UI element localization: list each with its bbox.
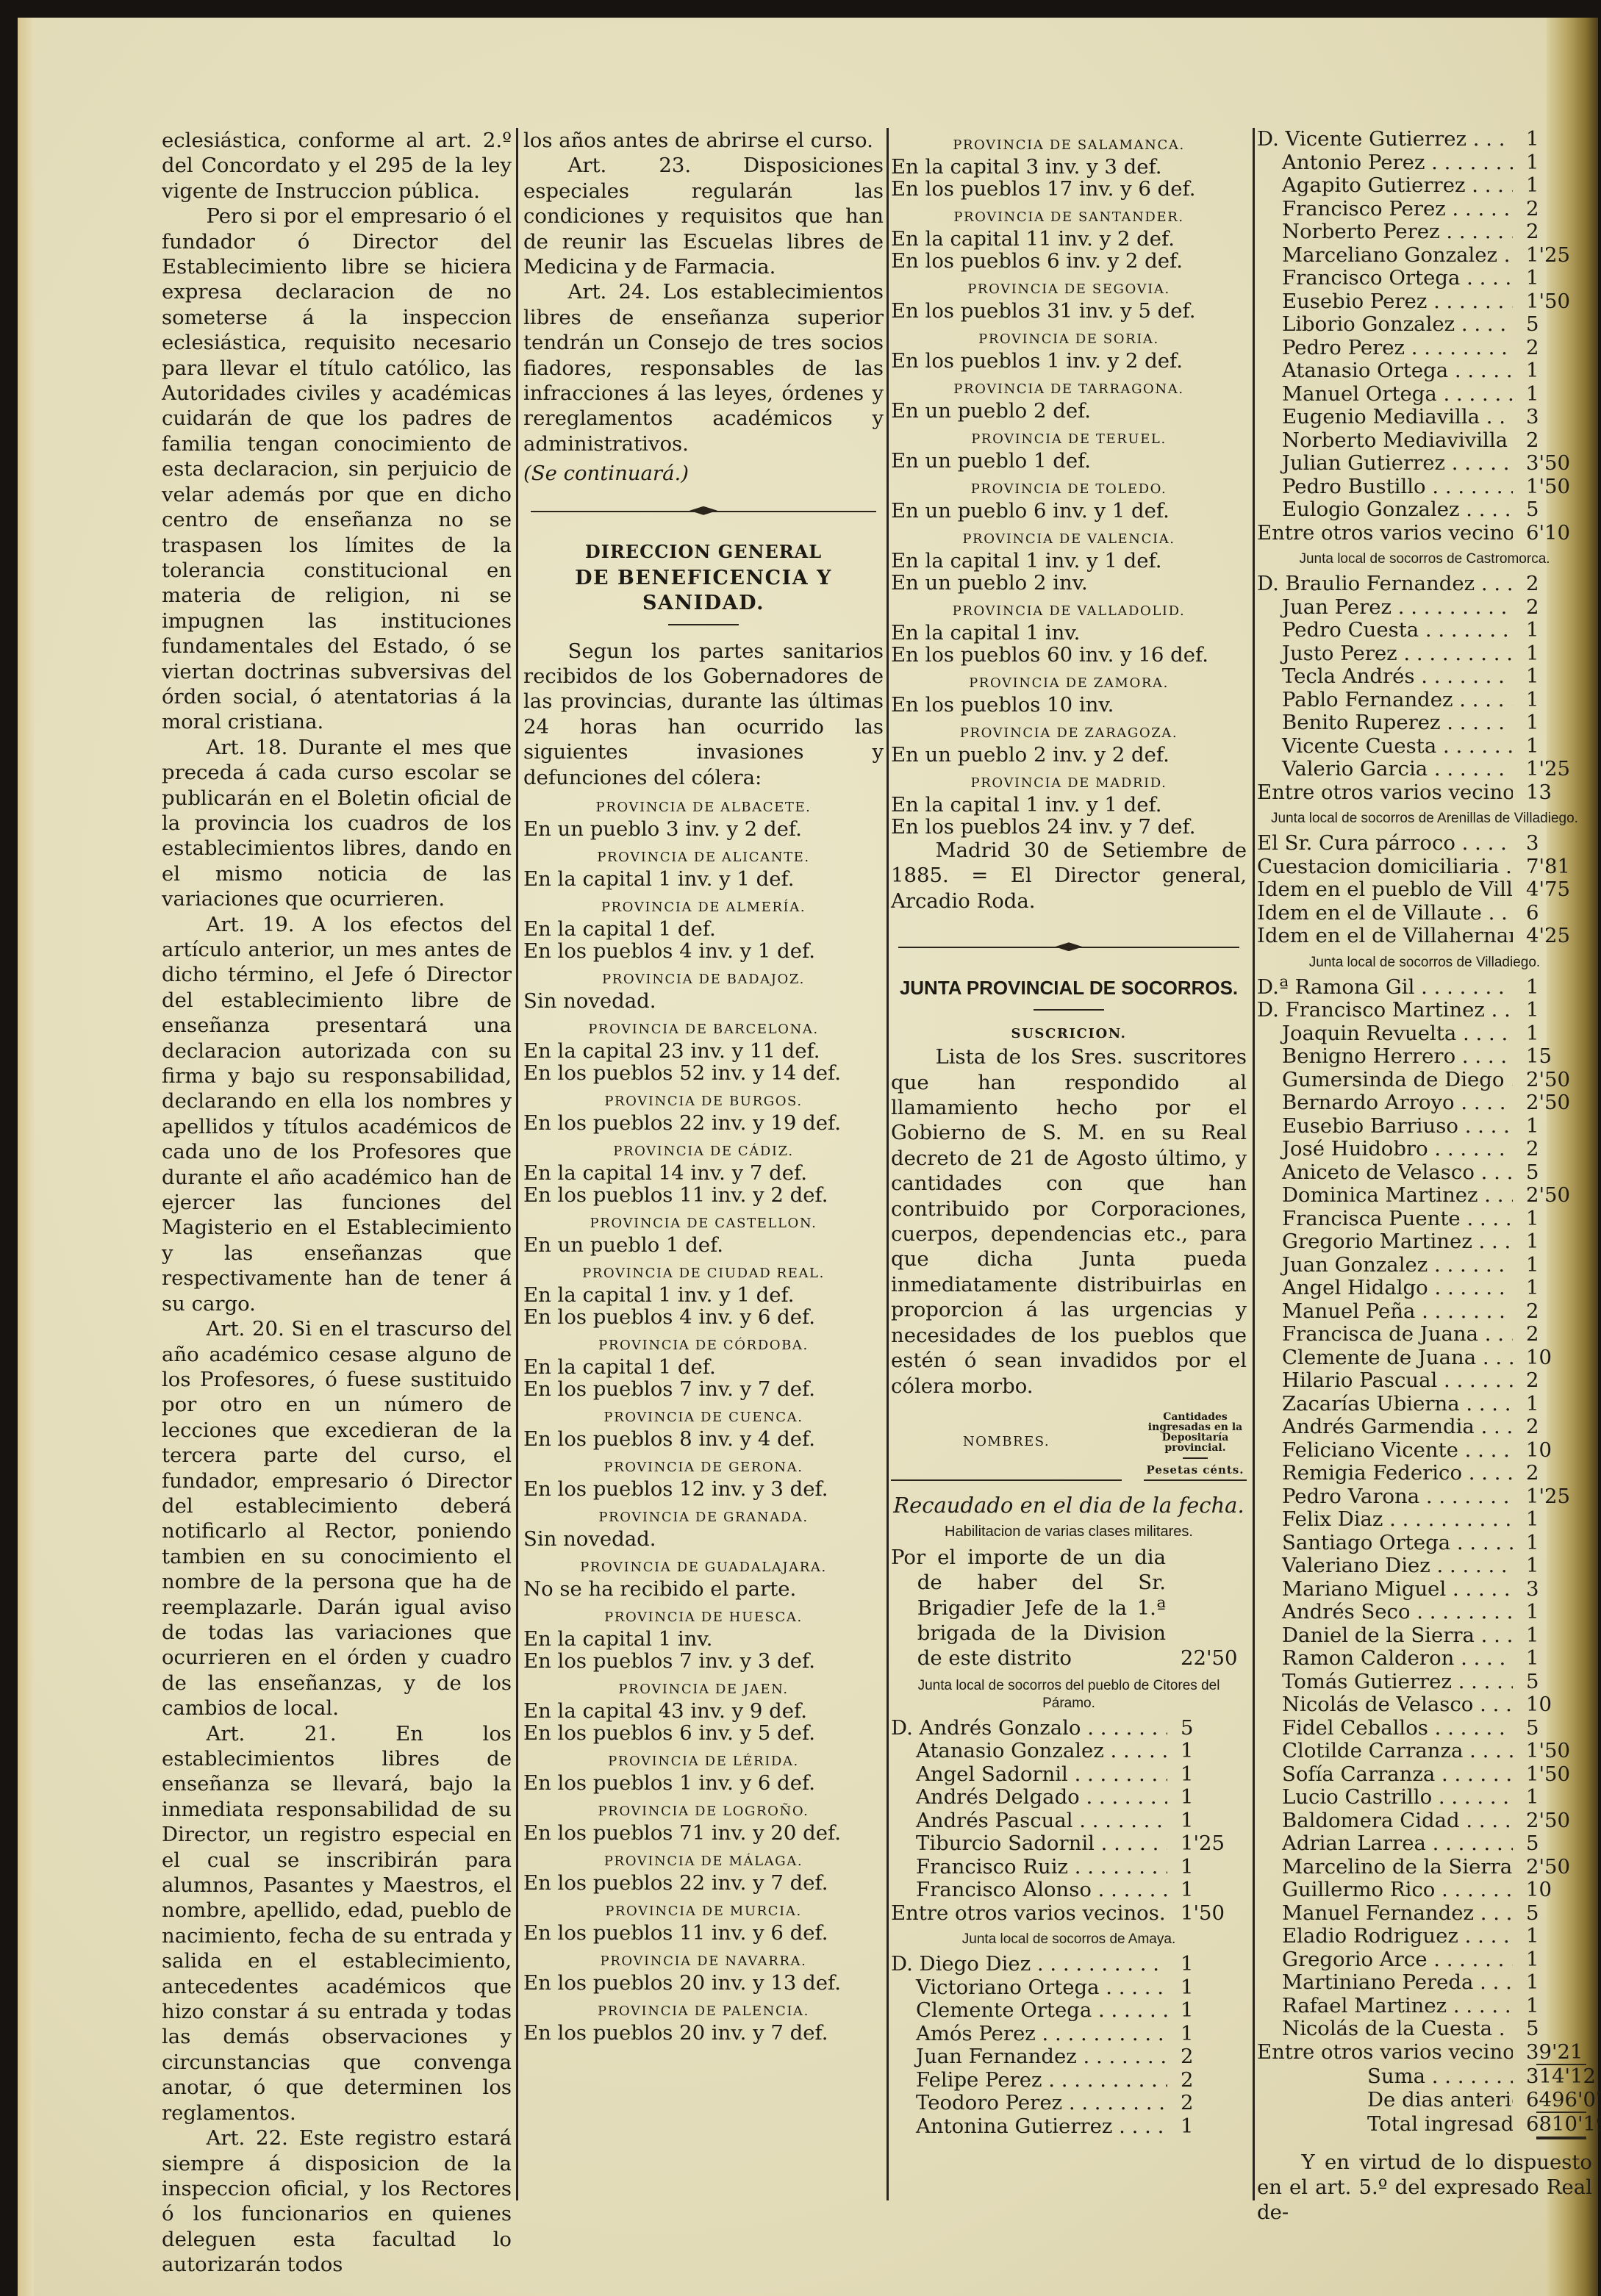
donor-amount: 1'50	[1513, 476, 1592, 499]
donor-name: Victoriano Ortega	[891, 1976, 1167, 2000]
province-heading: PROVINCIA DE TERUEL.	[891, 429, 1247, 450]
donor-row: Fidel Ceballos5	[1257, 1717, 1592, 1740]
donor-amount: 1	[1513, 1208, 1592, 1231]
donor-row: Juan Perez2	[1257, 596, 1592, 620]
donor-row: Eugenio Mediavilla3	[1257, 406, 1592, 429]
donor-amount: 1	[1513, 1647, 1592, 1671]
cholera-report-line: En la capital 1 inv.	[523, 1628, 884, 1650]
donor-name: Andrés Seco	[1257, 1601, 1513, 1624]
cholera-report-line: En los pueblos 20 inv. y 13 def.	[523, 1972, 884, 1994]
cholera-report-line: En los pueblos 24 inv. y 7 def.	[891, 816, 1247, 838]
province-heading: PROVINCIA DE VALLADOLID.	[891, 601, 1247, 622]
donor-amount: 1	[1167, 1879, 1247, 1902]
donor-name: Juan Gonzalez	[1257, 1254, 1513, 1277]
cholera-report-line: En un pueblo 1 def.	[523, 1234, 884, 1256]
subheading: Recaudado en el dia de la fecha.	[891, 1493, 1247, 1518]
donor-amount: 2	[1513, 596, 1592, 620]
donor-amount: 1	[1513, 711, 1592, 735]
donor-row: Clemente Ortega1	[891, 1999, 1247, 2023]
province-heading: PROVINCIA DE GRANADA.	[523, 1507, 884, 1528]
donor-amount: 1	[1513, 1022, 1592, 1046]
donor-row: José Huidobro2	[1257, 1138, 1592, 1161]
cholera-report-line: En un pueblo 2 inv.	[891, 572, 1247, 594]
donor-name: Francisco Alonso	[891, 1879, 1167, 1902]
donor-name: Tecla Andrés	[1257, 665, 1513, 689]
donor-row: Atanasio Gonzalez1	[891, 1740, 1247, 1763]
donor-amount: 1	[1513, 1971, 1592, 1995]
donor-row: Andrés Garmendia2	[1257, 1416, 1592, 1439]
donor-row: Teodoro Perez2	[891, 2092, 1247, 2115]
donor-row: Lucio Castrillo1	[1257, 1786, 1592, 1809]
donor-row: Valeriano Diez1	[1257, 1554, 1592, 1578]
donor-row: Francisco Perez2	[1257, 198, 1592, 221]
donor-amount: 2	[1513, 573, 1592, 596]
donor-amount: 5	[1513, 1671, 1592, 1694]
donor-row: Francisco Alonso1	[891, 1879, 1247, 1902]
donor-amount: 1	[1513, 735, 1592, 758]
column-1: eclesiástica, conforme al art. 2.º del C…	[162, 128, 512, 2278]
donor-list: D.ª Ramona Gil1D. Francisco Martinez1Joa…	[1257, 976, 1592, 2064]
donor-amount: 10	[1513, 1879, 1592, 1902]
donor-row: Remigia Federico2	[1257, 1462, 1592, 1485]
donor-amount: 2	[1513, 198, 1592, 221]
province-list: PROVINCIA DE ALBACETE.En un pueblo 3 inv…	[523, 797, 884, 2044]
province-heading: PROVINCIA DE LOGROÑO.	[523, 1801, 884, 1822]
donor-amount: 3	[1513, 832, 1592, 855]
donor-name: Dominica Martinez	[1257, 1184, 1513, 1208]
province-heading: PROVINCIA DE TARRAGONA.	[891, 379, 1247, 400]
donor-name: El Sr. Cura párroco	[1257, 832, 1513, 855]
donor-amount: 2'50	[1513, 1069, 1592, 1092]
donor-row: Clotilde Carranza1'50	[1257, 1740, 1592, 1763]
donor-name: Amós Perez	[891, 2023, 1167, 2046]
donor-name: Norberto Mediavivilla	[1257, 429, 1513, 453]
article-18: Art. 18. Durante el mes que preceda á ca…	[162, 735, 512, 912]
donor-amount: 2	[1513, 1323, 1592, 1346]
donor-amount: 1	[1513, 1508, 1592, 1532]
donor-row: Ramon Calderon1	[1257, 1647, 1592, 1671]
section-title: JUNTA PROVINCIAL DE SOCORROS.	[891, 974, 1247, 1002]
province-heading: PROVINCIA DE SORIA.	[891, 329, 1247, 350]
closing-paragraph: Y en virtud de lo dispuesto en el art. 5…	[1257, 2150, 1592, 2225]
cholera-report-line: En los pueblos 6 inv. y 2 def.	[891, 250, 1247, 272]
donor-row: Agapito Gutierrez1	[1257, 174, 1592, 198]
continuation-note: (Se continuará.)	[523, 461, 884, 486]
donor-row: Dominica Martinez2'50	[1257, 1184, 1592, 1208]
donor-row: Andrés Seco1	[1257, 1601, 1592, 1624]
donor-row: Entre otros varios vecinos.39'21	[1257, 2041, 1592, 2064]
donor-row: Manuel Peña2	[1257, 1300, 1592, 1324]
donor-amount: 1	[1513, 1393, 1592, 1416]
donor-amount: 1	[1513, 128, 1592, 151]
province-heading: PROVINCIA DE MÁLAGA.	[523, 1851, 884, 1872]
donor-name: Pedro Varona	[1257, 1485, 1513, 1509]
donor-amount: 7'81	[1513, 855, 1592, 879]
cholera-report-line: En la capital 11 inv. y 2 def.	[891, 228, 1247, 250]
donor-amount: 13	[1513, 781, 1592, 805]
donor-amount: 6'10	[1513, 522, 1592, 545]
cholera-report-line: En la capital 3 inv. y 3 def.	[891, 156, 1247, 178]
donor-name: Sofía Carranza	[1257, 1763, 1513, 1787]
donor-amount: 2	[1167, 2069, 1247, 2092]
donor-amount: 3	[1513, 1578, 1592, 1601]
donor-row: Liborio Gonzalez5	[1257, 313, 1592, 337]
donor-name: Adrian Larrea	[1257, 1832, 1513, 1856]
donor-row: Norberto Mediavivilla2	[1257, 429, 1592, 453]
donor-row: El Sr. Cura párroco3	[1257, 832, 1592, 855]
donor-amount: 4'75	[1513, 878, 1592, 902]
cholera-report-line: No se ha recibido el parte.	[523, 1578, 884, 1600]
donor-amount: 5	[1513, 313, 1592, 337]
cholera-report-line: En los pueblos 31 inv. y 5 def.	[891, 300, 1247, 322]
donor-amount: 1'25	[1513, 244, 1592, 268]
donor-row: Eulogio Gonzalez5	[1257, 498, 1592, 522]
donor-row: Antonina Gutierrez1	[891, 2115, 1247, 2139]
donor-name: Guillermo Rico	[1257, 1879, 1513, 1902]
donor-name: Fidel Ceballos	[1257, 1717, 1513, 1740]
ornamental-divider	[531, 504, 876, 519]
donor-row: Gregorio Martinez1	[1257, 1230, 1592, 1254]
donor-amount: 5	[1513, 2017, 1592, 2041]
donor-row: Pedro Bustillo1'50	[1257, 476, 1592, 499]
donor-row: Andrés Pascual1	[891, 1809, 1247, 1833]
cholera-report-line: En la capital 1 inv.	[891, 622, 1247, 644]
donor-row: Nicolás de Velasco10	[1257, 1693, 1592, 1717]
donor-row: D.ª Ramona Gil1	[1257, 976, 1592, 1000]
cholera-report-line: En los pueblos 1 inv. y 2 def.	[891, 350, 1247, 372]
donor-amount: 5	[1513, 1832, 1592, 1856]
donor-name: Entre otros varios vecinos.	[1257, 522, 1513, 545]
donor-row: Eusebio Barriuso1	[1257, 1115, 1592, 1138]
donor-amount: 5	[1513, 1717, 1592, 1740]
donor-name: Juan Fernandez	[891, 2045, 1167, 2069]
donor-list: D. Diego Diez1Victoriano Ortega1Clemente…	[891, 1953, 1247, 2138]
donor-name: Andrés Garmendia	[1257, 1416, 1513, 1439]
donor-name: Valerio Garcia	[1257, 758, 1513, 781]
donor-name: Vicente Cuesta	[1257, 735, 1513, 758]
donor-name: Martiniano Pereda	[1257, 1971, 1513, 1995]
donor-row: Justo Perez1	[1257, 642, 1592, 666]
cholera-report-line: Sin novedad.	[523, 1528, 884, 1550]
donor-amount: 1	[1513, 1948, 1592, 1972]
cholera-report-line: En los pueblos 6 inv. y 5 def.	[523, 1722, 884, 1744]
province-heading: PROVINCIA DE VALENCIA.	[891, 529, 1247, 550]
donor-amount: 1	[1167, 1809, 1247, 1833]
donor-row: Antonio Perez1	[1257, 151, 1592, 175]
province-heading: PROVINCIA DE CÓRDOBA.	[523, 1335, 884, 1356]
donor-amount: 5	[1513, 498, 1592, 522]
donor-amount: 2'50	[1513, 1856, 1592, 1879]
paragraph: los años antes de abrirse el curso.	[523, 128, 884, 153]
donor-amount: 2	[1167, 2045, 1247, 2069]
donor-name: Entre otros varios vecinos.	[891, 1902, 1167, 1926]
donor-amount: 1	[1167, 2023, 1247, 2046]
donor-name: Antonio Perez	[1257, 151, 1513, 175]
donor-name: Eladio Rodriguez	[1257, 1925, 1513, 1948]
donor-name: Clotilde Carranza	[1257, 1740, 1513, 1763]
total-rule	[1536, 2137, 1586, 2139]
donor-amount: 1	[1513, 976, 1592, 1000]
cholera-report-line: En los pueblos 22 inv. y 19 def.	[523, 1112, 884, 1134]
donor-row: Cuestacion domiciliaria7'81	[1257, 855, 1592, 879]
donor-name: Marceliano Gonzalez	[1257, 244, 1513, 268]
column-rule	[516, 128, 518, 2200]
donor-name: José Huidobro	[1257, 1138, 1513, 1161]
cholera-report-line: En la capital 1 def.	[523, 918, 884, 940]
cholera-report-line: En los pueblos 7 inv. y 7 def.	[523, 1378, 884, 1400]
donor-name: Antonina Gutierrez	[891, 2115, 1167, 2139]
donor-row: Benito Ruperez1	[1257, 711, 1592, 735]
donor-amount: 1	[1167, 1953, 1247, 1976]
donor-name: Atanasio Ortega	[1257, 359, 1513, 383]
donor-row: Entre otros varios vecinos.6'10	[1257, 522, 1592, 545]
divider	[668, 624, 739, 625]
donor-row: Francisca Puente1	[1257, 1208, 1592, 1231]
province-heading: PROVINCIA DE ZARAGOZA.	[891, 723, 1247, 744]
donor-name: Feliciano Vicente	[1257, 1439, 1513, 1463]
donor-amount: 1	[1513, 1995, 1592, 2018]
cholera-report-line: En los pueblos 8 inv. y 4 def.	[523, 1428, 884, 1450]
donor-row: Gregorio Arce1	[1257, 1948, 1592, 1972]
cholera-report-line: En los pueblos 11 inv. y 6 def.	[523, 1922, 884, 1944]
donor-name: Mariano Miguel	[1257, 1578, 1513, 1601]
donor-name: Eusebio Perez	[1257, 290, 1513, 314]
cholera-report-line: En los pueblos 10 inv.	[891, 694, 1247, 716]
donor-row: Guillermo Rico10	[1257, 1879, 1592, 1902]
donor-amount: 1'25	[1167, 1832, 1247, 1856]
paragraph: Pero si por el empresario ó el fundador …	[162, 204, 512, 735]
province-list: PROVINCIA DE SALAMANCA.En la capital 3 i…	[891, 135, 1247, 838]
donor-row: Tecla Andrés1	[1257, 665, 1592, 689]
article-19: Art. 19. A los efectos del artículo ante…	[162, 912, 512, 1317]
donor-amount: 1'25	[1513, 758, 1592, 781]
donor-amount: 1	[1513, 1230, 1592, 1254]
donor-row: Pablo Fernandez1	[1257, 689, 1592, 712]
donor-list: El Sr. Cura párroco3Cuestacion domicilia…	[1257, 832, 1592, 948]
donor-list: D. Andrés Gonzalo5Atanasio Gonzalez1Ange…	[891, 1717, 1247, 1926]
province-heading: PROVINCIA DE ALBACETE.	[523, 797, 884, 818]
column-header-amount: Cantidades ingresadas en la Depositaría …	[1144, 1412, 1247, 1481]
donor-amount: 2	[1513, 1416, 1592, 1439]
donor-row: Idem en el de Villaute6	[1257, 902, 1592, 925]
total-row: Total ingresado 6810'19	[1257, 2113, 1592, 2137]
donor-row: Hilario Pascual2	[1257, 1369, 1592, 1393]
donor-name: Angel Hidalgo	[1257, 1277, 1513, 1300]
donor-name: Clemente de Juana	[1257, 1346, 1513, 1370]
province-heading: PROVINCIA DE BADAJOZ.	[523, 969, 884, 990]
cholera-report-line: En la capital 1 inv. y 1 def.	[891, 794, 1247, 816]
donor-name: Manuel Ortega	[1257, 383, 1513, 406]
donor-row: Rafael Martinez1	[1257, 1995, 1592, 2018]
province-heading: PROVINCIA DE SANTANDER.	[891, 207, 1247, 228]
donor-name: Idem en el de Villaute	[1257, 902, 1513, 925]
donor-amount: 3	[1513, 406, 1592, 429]
donor-row: Amós Perez1	[891, 2023, 1247, 2046]
donor-row: Mariano Miguel3	[1257, 1578, 1592, 1601]
cholera-report-line: En los pueblos 7 inv. y 3 def.	[523, 1650, 884, 1672]
province-heading: PROVINCIA DE MADRID.	[891, 773, 1247, 794]
donor-row: Felipe Perez2	[891, 2069, 1247, 2092]
donor-row: Valerio Garcia1'25	[1257, 758, 1592, 781]
donor-name: Baldomera Cidad	[1257, 1809, 1513, 1833]
donor-row: Baldomera Cidad2'50	[1257, 1809, 1592, 1833]
donor-name: Pedro Bustillo	[1257, 476, 1513, 499]
donor-name: Atanasio Gonzalez	[891, 1740, 1167, 1763]
donor-row: Feliciano Vicente10	[1257, 1439, 1592, 1463]
donor-amount: 5	[1167, 1717, 1247, 1740]
province-heading: PROVINCIA DE BARCELONA.	[523, 1019, 884, 1040]
donor-name: Valeriano Diez	[1257, 1554, 1513, 1578]
donor-name: Liborio Gonzalez	[1257, 313, 1513, 337]
cholera-report-line: En la capital 1 inv. y 1 def.	[891, 550, 1247, 572]
donor-name: Eulogio Gonzalez	[1257, 498, 1513, 522]
donor-row: Nicolás de la Cuesta5	[1257, 2017, 1592, 2041]
donor-amount: 1	[1513, 359, 1592, 383]
donor-amount: 3'50	[1513, 452, 1592, 476]
donor-name: D. Vicente Gutierrez	[1257, 128, 1513, 151]
donor-name: Daniel de la Sierra	[1257, 1624, 1513, 1648]
donor-row: Felix Diaz1	[1257, 1508, 1592, 1532]
intro-paragraph: Lista de los Sres. suscritores que han r…	[891, 1044, 1247, 1399]
junta-heading: Junta local de socorros de Villadiego.	[1257, 954, 1592, 972]
donor-amount: 1	[1513, 1532, 1592, 1555]
donor-row: Marceliano Gonzalez1'25	[1257, 244, 1592, 268]
donor-row: Angel Sadornil1	[891, 1763, 1247, 1787]
article-23: Art. 23. Disposiciones especiales regula…	[523, 153, 884, 279]
donor-row: Martiniano Pereda1	[1257, 1971, 1592, 1995]
donor-name: Santiago Ortega	[1257, 1532, 1513, 1555]
donor-row: Angel Hidalgo1	[1257, 1277, 1592, 1300]
donor-row: Bernardo Arroyo2'50	[1257, 1091, 1592, 1115]
paragraph: eclesiástica, conforme al art. 2.º del C…	[162, 128, 512, 204]
donor-name: Clemente Ortega	[891, 1999, 1167, 2023]
donor-amount: 1	[1513, 1277, 1592, 1300]
ornamental-divider	[898, 940, 1239, 955]
donor-name: Gregorio Martinez	[1257, 1230, 1513, 1254]
donor-row: Clemente de Juana10	[1257, 1346, 1592, 1370]
donor-name: Ramon Calderon	[1257, 1647, 1513, 1671]
article-21: Art. 21. En los establecimientos libres …	[162, 1721, 512, 2126]
donor-name: D. Francisco Martinez	[1257, 999, 1513, 1022]
donor-amount: 1'50	[1513, 290, 1592, 314]
donor-amount: 1	[1167, 1999, 1247, 2023]
donor-amount: 2	[1513, 429, 1592, 453]
donor-name: Aniceto de Velasco	[1257, 1161, 1513, 1185]
totals: Suma 314'12 De dias anteriores. 6496'07 …	[1257, 2065, 1592, 2139]
subsection-title: SUSCRICION.	[891, 1024, 1247, 1044]
donor-row: D. Andrés Gonzalo5	[891, 1717, 1247, 1740]
donor-name: D. Braulio Fernandez	[1257, 573, 1513, 596]
donor-name: Juan Perez	[1257, 596, 1513, 620]
donor-row: Idem en el pueblo de Villalivado4'75	[1257, 878, 1592, 902]
province-heading: PROVINCIA DE HUESCA.	[523, 1607, 884, 1628]
donor-row: Tiburcio Sadornil1'25	[891, 1832, 1247, 1856]
donor-name: Andrés Delgado	[891, 1786, 1167, 1809]
donor-amount: 2	[1513, 1369, 1592, 1393]
donor-row: Aniceto de Velasco5	[1257, 1161, 1592, 1185]
donor-amount: 1	[1513, 1254, 1592, 1277]
donor-amount: 10	[1513, 1693, 1592, 1717]
donor-amount: 1	[1513, 151, 1592, 175]
cholera-report-line: En la capital 14 inv. y 7 def.	[523, 1162, 884, 1184]
donor-name: Idem en el pueblo de Villalivado	[1257, 878, 1513, 902]
donor-name: Cuestacion domiciliaria	[1257, 855, 1513, 879]
cholera-report-line: En los pueblos 60 inv. y 16 def.	[891, 644, 1247, 666]
sum-row: Suma 314'12	[1257, 2065, 1592, 2089]
donor-row: Manuel Fernandez5	[1257, 1902, 1592, 1926]
cholera-report-line: En los pueblos 4 inv. y 6 def.	[523, 1306, 884, 1328]
donor-amount: 2	[1513, 220, 1592, 244]
donor-amount: 1	[1513, 642, 1592, 666]
donor-name: Eusebio Barriuso	[1257, 1115, 1513, 1138]
donor-row: Eladio Rodriguez1	[1257, 1925, 1592, 1948]
divider	[1034, 1009, 1104, 1011]
donor-name: Teodoro Perez	[891, 2092, 1167, 2115]
article-24: Art. 24. Los establecimientos libres de …	[523, 279, 884, 456]
donor-amount: 1	[1167, 1976, 1247, 2000]
junta-heading: Junta local de socorros de Amaya.	[891, 1931, 1247, 1948]
cholera-report-line: En la capital 1 inv. y 1 def.	[523, 868, 884, 890]
donor-row: Norberto Perez2	[1257, 220, 1592, 244]
donor-row: Santiago Ortega1	[1257, 1532, 1592, 1555]
donor-amount: 1	[1513, 999, 1592, 1022]
donor-name: Lucio Castrillo	[1257, 1786, 1513, 1809]
column-rule	[1253, 128, 1255, 2200]
donor-name: Gregorio Arce	[1257, 1948, 1513, 1972]
article-20: Art. 20. Si en el trascurso del año acad…	[162, 1316, 512, 1721]
donor-row: Francisco Ruiz1	[891, 1856, 1247, 1879]
donor-row: Victoriano Ortega1	[891, 1976, 1247, 2000]
donor-name: D. Diego Diez	[891, 1953, 1167, 1976]
donor-row: Zacarías Ubierna1	[1257, 1393, 1592, 1416]
donor-amount: 2	[1513, 337, 1592, 360]
donor-amount: 1'50	[1513, 1763, 1592, 1787]
donor-amount: 1	[1513, 1925, 1592, 1948]
donor-amount: 1	[1167, 1856, 1247, 1879]
donor-row: Pedro Perez2	[1257, 337, 1592, 360]
donor-row: Gumersinda de Diego2'50	[1257, 1069, 1592, 1092]
donor-name: Francisca de Juana	[1257, 1323, 1513, 1346]
province-heading: PROVINCIA DE JAEN.	[523, 1679, 884, 1700]
donor-amount: 2'50	[1513, 1809, 1592, 1833]
donor-name: Francisco Perez	[1257, 198, 1513, 221]
donor-amount: 1	[1513, 1786, 1592, 1809]
donor-amount: 1'50	[1167, 1902, 1247, 1926]
cholera-report-line: En los pueblos 1 inv. y 6 def.	[523, 1772, 884, 1794]
province-heading: PROVINCIA DE SALAMANCA.	[891, 135, 1247, 156]
donor-row: Joaquin Revuelta1	[1257, 1022, 1592, 1046]
cholera-report-line: En los pueblos 4 inv. y 1 def.	[523, 940, 884, 962]
province-heading: PROVINCIA DE GERONA.	[523, 1457, 884, 1478]
donor-amount: 2'50	[1513, 1184, 1592, 1208]
province-heading: PROVINCIA DE LÉRIDA.	[523, 1751, 884, 1772]
cholera-report-line: En un pueblo 2 inv. y 2 def.	[891, 744, 1247, 766]
donor-list: D. Braulio Fernandez2Juan Perez2Pedro Cu…	[1257, 573, 1592, 804]
province-heading: PROVINCIA DE ZAMORA.	[891, 673, 1247, 694]
cholera-report-line: En los pueblos 17 inv. y 6 def.	[891, 178, 1247, 200]
donor-name: Tomás Gutierrez	[1257, 1671, 1513, 1694]
province-heading: PROVINCIA DE BURGOS.	[523, 1091, 884, 1112]
donor-row: Francisca de Juana2	[1257, 1323, 1592, 1346]
donor-row: Manuel Ortega1	[1257, 383, 1592, 406]
donor-amount: 15	[1513, 1045, 1592, 1069]
cholera-report-line: En un pueblo 6 inv. y 1 def.	[891, 500, 1247, 522]
donor-row: D. Francisco Martinez1	[1257, 999, 1592, 1022]
donor-amount: 1	[1513, 1115, 1592, 1138]
donor-row: Atanasio Ortega1	[1257, 359, 1592, 383]
province-heading: PROVINCIA DE GUADALAJARA.	[523, 1557, 884, 1578]
donor-row: Adrian Larrea5	[1257, 1832, 1592, 1856]
